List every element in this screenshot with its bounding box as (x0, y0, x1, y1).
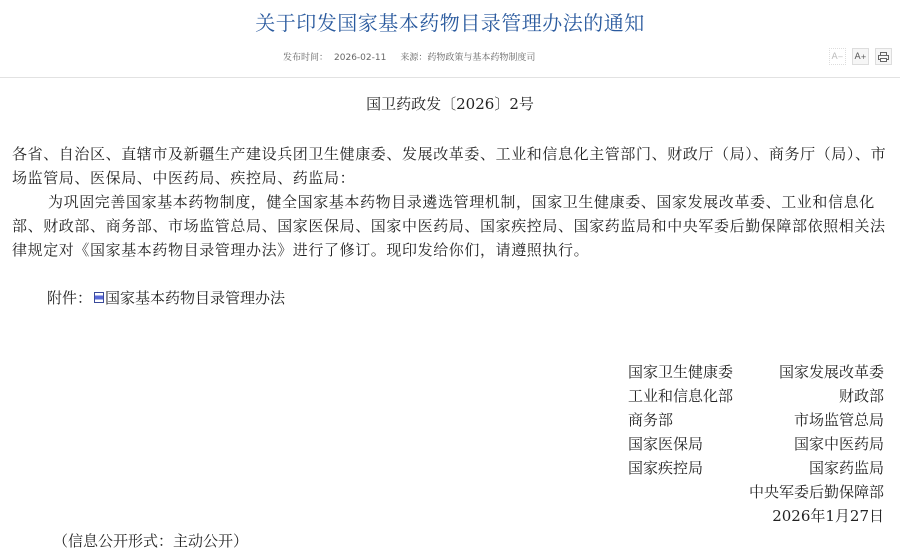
toolbar: A− A+ (829, 48, 892, 65)
publish-date: 2026-02-11 (334, 53, 386, 63)
signer-row: 工业和信息化部 财政部 (628, 384, 884, 408)
decrease-font-button[interactable]: A− (829, 48, 846, 65)
signer-row: 国家卫生健康委 国家发展改革委 (628, 360, 884, 384)
addressee: 各省、自治区、直辖市及新疆生产建设兵团卫生健康委、发展改革委、工业和信息化主管部… (12, 142, 892, 190)
source-value: 药物政策与基本药物制度司 (427, 53, 535, 63)
increase-font-button[interactable]: A+ (852, 48, 869, 65)
header-divider (0, 77, 900, 78)
page-title: 关于印发国家基本药物目录管理办法的通知 (0, 7, 900, 36)
document-body: 各省、自治区、直辖市及新疆生产建设兵团卫生健康委、发展改革委、工业和信息化主管部… (12, 142, 892, 262)
print-button[interactable] (875, 48, 892, 65)
signer-last: 中央军委后勤保障部 (628, 480, 884, 504)
signer-row: 国家疾控局 国家药监局 (628, 456, 884, 480)
signer: 国家疾控局 (628, 456, 703, 480)
document-number: 国卫药政发〔2026〕2号 (0, 93, 900, 114)
disclosure-note: （信息公开形式：主动公开） (53, 530, 248, 551)
signers-block: 国家卫生健康委 国家发展改革委 工业和信息化部 财政部 商务部 市场监管总局 国… (628, 360, 884, 528)
signer: 国家中医药局 (794, 432, 884, 456)
attachment-label: 附件： (47, 287, 92, 308)
document-icon (94, 292, 104, 303)
attachment-link[interactable]: 国家基本药物目录管理办法 (105, 287, 285, 308)
signer-row: 商务部 市场监管总局 (628, 408, 884, 432)
signer: 工业和信息化部 (628, 384, 733, 408)
publish-label: 发布时间： (283, 53, 328, 63)
signer: 国家发展改革委 (779, 360, 884, 384)
signer: 财政部 (839, 384, 884, 408)
signer: 商务部 (628, 408, 673, 432)
publish-meta: 发布时间：2026-02-11来源：药物政策与基本药物制度司 (283, 50, 541, 63)
sign-date: 2026年1月27日 (628, 504, 884, 528)
signer: 国家卫生健康委 (628, 360, 733, 384)
attachment: 附件： 国家基本药物目录管理办法 (47, 287, 285, 308)
signer: 市场监管总局 (794, 408, 884, 432)
print-icon (878, 52, 889, 62)
body-paragraph: 为巩固完善国家基本药物制度，健全国家基本药物目录遴选管理机制，国家卫生健康委、国… (12, 190, 892, 262)
source-label: 来源： (400, 53, 427, 63)
signer-row: 国家医保局 国家中医药局 (628, 432, 884, 456)
signer: 国家药监局 (809, 456, 884, 480)
signer: 国家医保局 (628, 432, 703, 456)
